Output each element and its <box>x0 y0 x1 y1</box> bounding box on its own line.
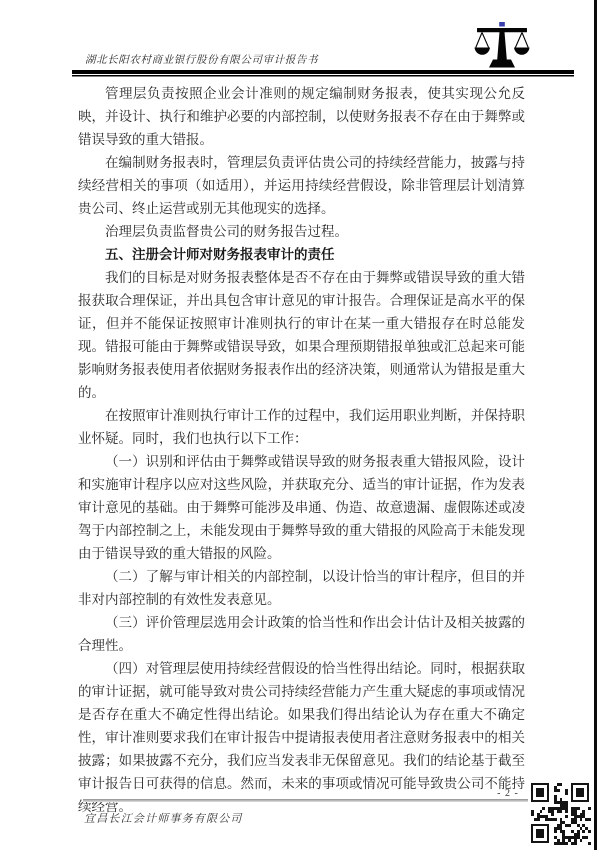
scan-edge-line <box>594 0 597 850</box>
footer-rule <box>83 799 528 802</box>
header-running-title: 湖北长阳农村商业银行股份有限公司审计报告书 <box>85 52 318 67</box>
body-paragraph: （二）了解与审计相关的内部控制，以设计恰当的审计程序，但目的并非对内部控制的有效… <box>78 565 525 611</box>
body-paragraph: 在编制财务报表时，管理层负责评估贵公司的持续经营能力，披露与持续经营相关的事项（… <box>78 151 525 220</box>
body-paragraph: 我们的目标是对财务报表整体是否不存在由于舞弊或错误导致的重大错报获取合理保证，并… <box>78 266 525 404</box>
section-heading: 五、注册会计师对财务报表审计的责任 <box>78 243 525 266</box>
body-paragraph: 在按照审计准则执行审计工作的过程中，我们运用职业判断，并保持职业怀疑。同时，我们… <box>78 404 525 450</box>
page-number: - 2 - <box>486 788 530 799</box>
body-paragraph: （四）对管理层使用持续经营假设的恰当性得出结论。同时，根据获取的审计证据，就可能… <box>78 657 525 818</box>
body-paragraph: （三）评价管理层选用会计政策的恰当性和作出会计估计及相关披露的合理性。 <box>78 611 525 657</box>
document-body: 管理层负责按照企业会计准则的规定编制财务报表，使其实现公允反映，并设计、执行和维… <box>78 82 525 818</box>
qr-code <box>531 783 591 845</box>
scales-of-justice-icon <box>474 22 530 71</box>
body-paragraph: 治理层负责监督贵公司的财务报告过程。 <box>78 220 525 243</box>
audit-report-page: 湖北长阳农村商业银行股份有限公司审计报告书 管理层负责按照企业会计准则的规定编制… <box>0 0 602 850</box>
body-paragraph: （一）识别和评估由于舞弊或错误导致的财务报表重大错报风险，设计和实施审计程序以应… <box>78 450 525 565</box>
footer-company-name: 宜昌长江会计师事务有限公司 <box>84 810 243 826</box>
body-paragraph: 管理层负责按照企业会计准则的规定编制财务报表，使其实现公允反映，并设计、执行和维… <box>78 82 525 151</box>
header-rule <box>72 70 574 77</box>
